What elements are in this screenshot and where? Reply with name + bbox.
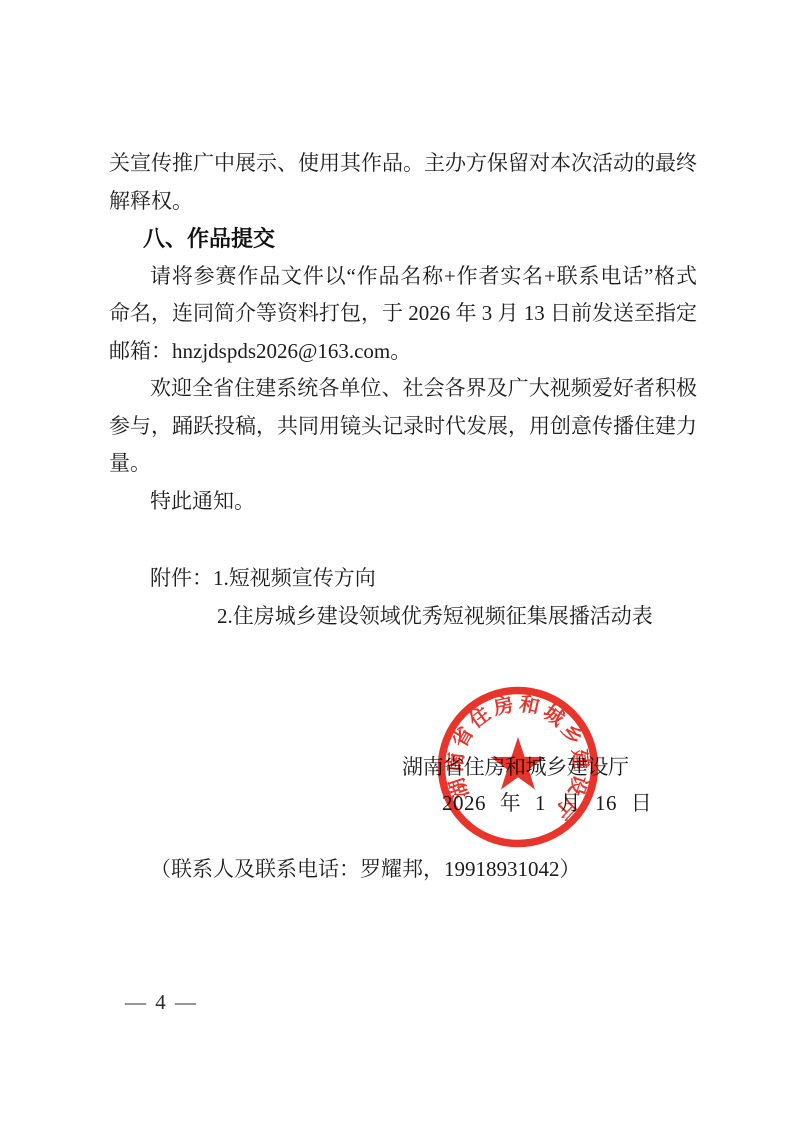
sentence-end: 。: [390, 339, 411, 363]
body-line: 特此通知。: [109, 483, 697, 521]
email-text: hnzjdspds2026@163.com: [172, 339, 390, 363]
signature-date: 2026 年 1 月 16 日: [442, 791, 652, 815]
attachment-item: 2.住房城乡建设领域优秀短视频征集展播活动表: [109, 598, 697, 636]
body-line: 邮箱：hnzjdspds2026@163.com。: [109, 333, 697, 371]
body-line: 命名，连同简介等资料打包，于 2026 年 3 月 13 日前发送至指定: [109, 295, 697, 333]
attachments-list: 附件：1.短视频宣传方向 2.住房城乡建设领域优秀短视频征集展播活动表: [109, 560, 697, 635]
email-label: 邮箱：: [109, 339, 172, 363]
body-line: 解释权。: [109, 183, 697, 221]
agency-signature: 湖南省住房和城乡建设厅: [402, 755, 629, 779]
document-page: 关宣传推广中展示、使用其作品。主办方保留对本次活动的最终 解释权。 八、作品提交…: [0, 0, 794, 1123]
attachment-item-text: 1.短视频宣传方向: [213, 566, 376, 590]
body-line: 关宣传推广中展示、使用其作品。主办方保留对本次活动的最终: [109, 145, 697, 183]
contact-line: （联系人及联系电话：罗耀邦，19918931042）: [150, 857, 581, 881]
attachments-label: 附件：: [150, 566, 213, 590]
body-line: 参与，踊跃投稿，共同用镜头记录时代发展，用创意传播住建力: [109, 408, 697, 446]
body-line: 请将参赛作品文件以“作品名称+作者实名+联系电话”格式: [109, 258, 697, 296]
body-text: 关宣传推广中展示、使用其作品。主办方保留对本次活动的最终 解释权。 八、作品提交…: [109, 145, 697, 520]
page-number: — 4 —: [125, 990, 198, 1014]
attachment-item-text: 2.住房城乡建设领域优秀短视频征集展播活动表: [217, 604, 653, 628]
attachment-item: 附件：1.短视频宣传方向: [109, 560, 697, 598]
section-heading: 八、作品提交: [109, 220, 697, 258]
body-line: 欢迎全省住建系统各单位、社会各界及广大视频爱好者积极: [109, 370, 697, 408]
body-line: 量。: [109, 445, 697, 483]
